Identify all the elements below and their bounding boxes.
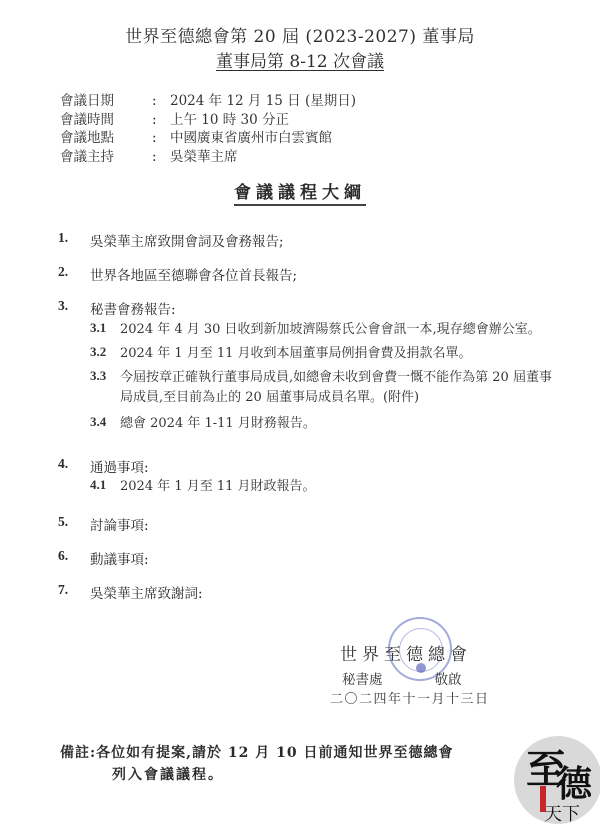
remark-line-2: 列入會議議程。	[112, 764, 224, 784]
signature-org: 世界至德總會	[340, 640, 472, 665]
agenda-title: 會議議程大綱	[0, 178, 600, 203]
meeting-info: 會議日期 : 2024 年 12 月 15 日 (星期日) 會議時間 : 上午 …	[60, 92, 356, 166]
agenda-item: 3. 秘書會務報告:	[58, 298, 176, 318]
agenda-item: 7. 吳榮華主席致謝詞:	[58, 582, 203, 602]
signature-dept: 秘書處敬啟	[342, 668, 462, 688]
agenda-sub-item: 4.1 2024 年 1 月至 11 月財政報告。	[90, 477, 560, 497]
meta-label: 會議日期	[60, 92, 142, 111]
agenda-item: 4. 通過事項:	[58, 456, 149, 476]
agenda-item: 2. 世界各地區至德聯會各位首長報告;	[58, 264, 297, 284]
agenda-item: 5. 討論事項:	[58, 514, 149, 534]
meeting-host-row: 會議主持 : 吳榮華主席	[60, 148, 356, 167]
meeting-time: 上午 10 時 30 分正	[170, 111, 289, 130]
meta-label: 會議時間	[60, 111, 142, 130]
meta-label: 會議主持	[60, 148, 142, 167]
meta-label: 會議地點	[60, 129, 142, 148]
document-title: 世界至德總會第 20 屆 (2023-2027) 董事局	[0, 22, 600, 47]
meeting-location-row: 會議地點 : 中國廣東省廣州市白雲賓館	[60, 129, 356, 148]
agenda-item: 1. 吳榮華主席致開會詞及會務報告;	[58, 230, 284, 250]
meeting-date: 2024 年 12 月 15 日 (星期日)	[170, 92, 356, 111]
document-subtitle: 董事局第 8-12 次會議	[0, 47, 600, 72]
meeting-host: 吳榮華主席	[170, 148, 238, 167]
zhide-tianxia-logo: 至 德 天下	[510, 732, 600, 832]
remark-line-1: 備註:各位如有提案,請於 12 月 10 日前通知世界至德總會	[60, 742, 454, 762]
meeting-time-row: 會議時間 : 上午 10 時 30 分正	[60, 111, 356, 130]
agenda-sub-item: 3.3 今屆按章正確執行董事局成員,如總會未收到會費一慨不能作為第 20 屆董事…	[90, 368, 560, 408]
meeting-date-row: 會議日期 : 2024 年 12 月 15 日 (星期日)	[60, 92, 356, 111]
agenda-item: 6. 動議事項:	[58, 548, 149, 568]
meeting-location: 中國廣東省廣州市白雲賓館	[170, 129, 332, 148]
agenda-sub-item: 3.4 總會 2024 年 1-11 月財務報告。	[90, 414, 560, 434]
agenda-sub-item: 3.2 2024 年 1 月至 11 月收到本屆董事局例捐會費及捐款名單。	[90, 344, 560, 364]
agenda-sub-item: 3.1 2024 年 4 月 30 日收到新加坡濟陽蔡氏公會會訊一本,現存總會辦…	[90, 320, 560, 340]
signature-date: 二〇二四年十一月十三日	[330, 688, 490, 707]
